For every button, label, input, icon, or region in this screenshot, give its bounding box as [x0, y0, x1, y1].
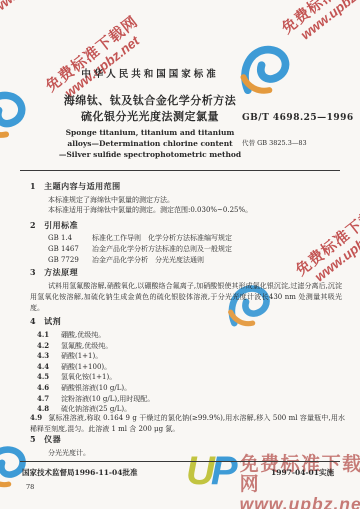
section-title: 主题内容与适用范围	[44, 181, 121, 191]
reference-title: 标准化工作导则 化学分析方法标准编写规定	[92, 234, 232, 242]
document-title-line2: 硫化银分光光度法测定氯量	[20, 108, 280, 124]
section-4-heading: 4试剂	[30, 316, 61, 327]
reference-number: GB 1.4	[48, 233, 92, 244]
english-title: Sponge titanium, titanium and titanium a…	[20, 127, 280, 160]
section-number: 1	[30, 181, 36, 191]
section-5-paragraph: 分光光度计。	[48, 448, 90, 459]
watermark-top-left-corner: 免费标准下载网 www.upbz.net	[0, 0, 86, 41]
reference-item: GB 1467冶金产品化学分析方法标准的总则及一般规定	[48, 244, 232, 255]
section-2-heading: 2引用标准	[30, 220, 78, 231]
document-title-line1: 海绵钛、钛及钛合金化学分析方法	[20, 92, 280, 108]
reagent-number: 4.2	[37, 341, 55, 352]
national-standard-label: 中华人民共和国国家标准	[20, 66, 280, 80]
reagent-item: 4.6硝酸银溶液(10 g/L)。	[37, 383, 154, 394]
reagent-text: 氯标准溶液,称取 0.164 9 g 干燥过的氯化钠(≥99.9%),用水溶解,…	[30, 414, 345, 433]
logo-letter-u: U	[186, 449, 211, 493]
reagent-item-4-9: 4.9氯标准溶液,称取 0.164 9 g 干燥过的氯化钠(≥99.9%),用水…	[30, 412, 345, 435]
section-title: 方法原理	[44, 267, 78, 277]
section-1-paragraph-2: 本标准适用于海绵钛中氯量的测定。测定范围:0.030%~0.25%。	[48, 205, 252, 216]
reference-title: 冶金产品化学分析方法标准的总则及一般规定	[92, 245, 232, 253]
reference-number: GB 7729	[48, 255, 92, 266]
section-title: 引用标准	[44, 220, 78, 230]
reagent-item: 4.1硼酸,优级纯。	[37, 330, 154, 341]
reference-title: 冶金产品化学分析 分光光度法通则	[92, 256, 204, 264]
logo-letter-p: P	[211, 449, 234, 493]
section-number: 3	[30, 267, 36, 277]
upbz-logo-letters: UP	[186, 451, 234, 491]
reagent-text: 硝酸(1+100)。	[61, 363, 111, 371]
reagent-item: 4.3硝酸(1+1)。	[37, 351, 154, 362]
reagent-number: 4.4	[37, 362, 55, 373]
reagent-text: 氢氟酸,优级纯。	[61, 342, 112, 350]
reagent-item: 4.5氢氧化铵(1+1)。	[37, 372, 154, 383]
section-3-paragraph: 试料用氢氟酸溶解,硝酸氧化,以硼酸络合氟离子,加硝酸银使其形成氯化银沉淀,过滤分…	[30, 281, 342, 314]
section-title: 试剂	[44, 316, 61, 326]
section-1-heading: 1主题内容与适用范围	[30, 181, 121, 192]
reagent-item: 4.7淀粉溶液(10 g/L),用时现配。	[37, 394, 154, 405]
header-divider	[20, 170, 340, 171]
approval-note: 国家技术监督局1996-11-04批准	[22, 467, 137, 478]
watermark-site-url: www.upbz.net	[0, 0, 86, 41]
reagent-text: 硝酸(1+1)。	[61, 352, 102, 360]
section-number: 2	[30, 220, 36, 230]
section-number: 5	[30, 434, 36, 444]
section-3-heading: 3方法原理	[30, 267, 78, 278]
reagent-text: 硝酸银溶液(10 g/L)。	[61, 384, 131, 392]
watermark-site-block: 免费标准下载网 www.upbz.net	[240, 455, 360, 509]
reference-number: GB 1467	[48, 244, 92, 255]
english-title-line3: —Silver sulfide spectrophotometric metho…	[20, 149, 280, 160]
reagent-number: 4.6	[37, 383, 55, 394]
reagent-number: 4.9	[30, 413, 42, 422]
reference-item: GB 7729冶金产品化学分析 分光光度法通则	[48, 255, 232, 266]
standard-document-page: 免费标准下载网 www.upbz.net 免费标准下载网 www.upbz.ne…	[0, 0, 360, 509]
reagent-item: 4.4硝酸(1+100)。	[37, 362, 154, 373]
reagent-text: 氢氧化铵(1+1)。	[61, 373, 116, 381]
section-5-heading: 5仪器	[30, 434, 61, 445]
reagent-number: 4.1	[37, 330, 55, 341]
section-title: 仪器	[44, 434, 61, 444]
section-number: 4	[30, 316, 36, 326]
reagent-text: 硼酸,优级纯。	[61, 331, 105, 339]
watermark-site-url: www.upbz.net	[240, 495, 360, 509]
footer-divider	[20, 461, 340, 462]
section-1-paragraph-1: 本标准规定了海绵钛中氯量的测定方法。	[48, 195, 174, 206]
standard-number: GB/T 4698.25—1996	[242, 113, 357, 123]
page-number: 78	[26, 483, 34, 491]
reagent-text: 淀粉溶液(10 g/L),用时现配。	[61, 395, 154, 403]
reagent-number: 4.3	[37, 351, 55, 362]
reagent-item: 4.2氢氟酸,优级纯。	[37, 341, 154, 352]
implementation-date: 1997-04-01实施	[271, 467, 334, 478]
reagent-number: 4.5	[37, 372, 55, 383]
reagent-number: 4.7	[37, 394, 55, 405]
watermark-site-name: 免费标准下载网	[0, 0, 77, 29]
watermark-bottom-right: UP 免费标准下载网 www.upbz.net	[186, 451, 360, 509]
english-title-line1: Sponge titanium, titanium and titanium	[20, 127, 280, 138]
reference-item: GB 1.4标准化工作导则 化学分析方法标准编写规定	[48, 233, 232, 244]
reagent-list: 4.1硼酸,优级纯。 4.2氢氟酸,优级纯。 4.3硝酸(1+1)。 4.4硝酸…	[37, 330, 154, 415]
english-title-line2: alloys—Determination chlorine content	[20, 138, 280, 149]
reference-list: GB 1.4标准化工作导则 化学分析方法标准编写规定 GB 1467冶金产品化学…	[48, 233, 232, 265]
watermark-site-name: 免费标准下载网	[278, 185, 360, 291]
